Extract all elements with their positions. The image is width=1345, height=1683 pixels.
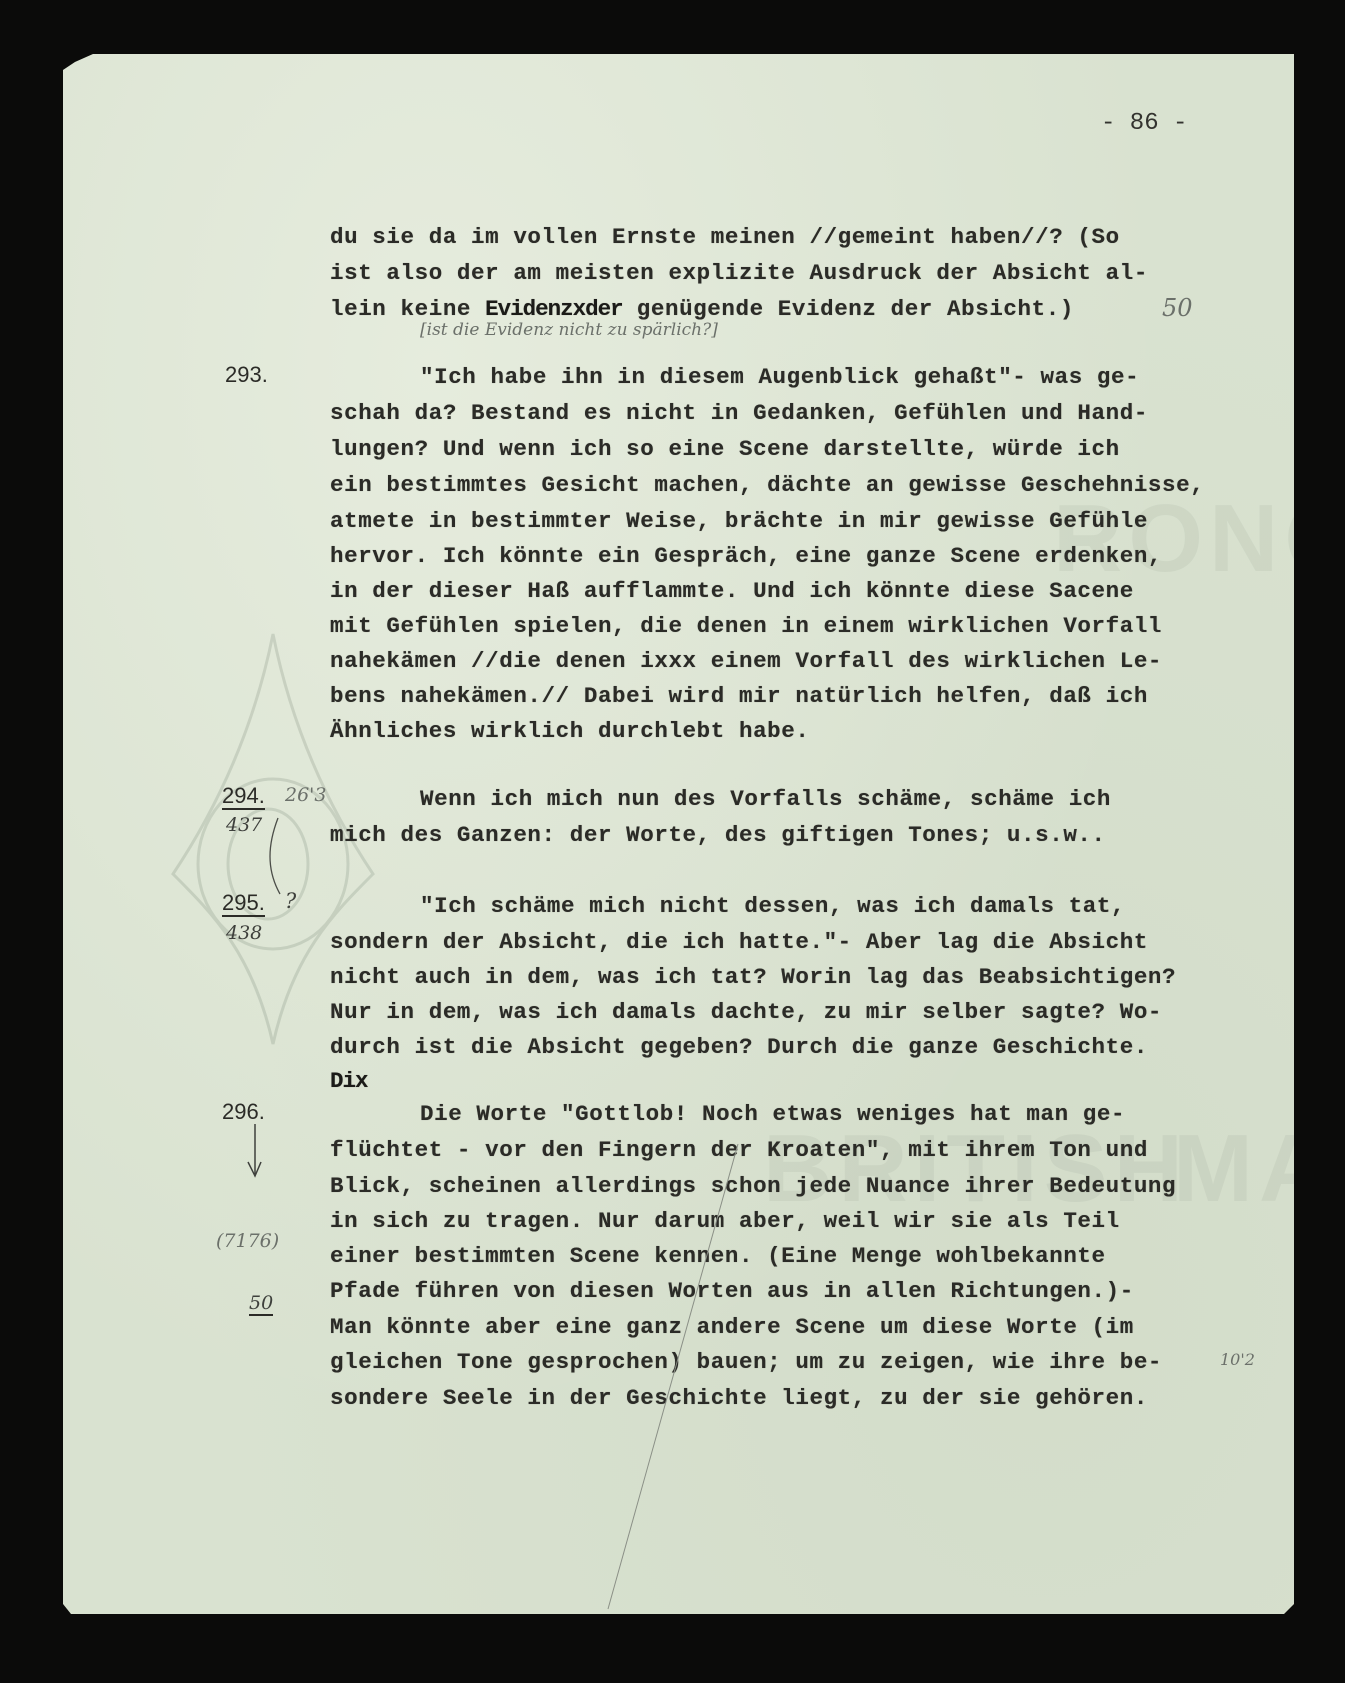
text-line: gleichen Tone gesprochen) bauen; um zu z… [330,1349,1162,1375]
text-line: nahekämen //die denen ixxx einem Vorfall… [330,648,1162,674]
handwritten-note: 50 [249,1292,273,1316]
document-page: RONO BRITISH MAKE - 86 - du sie da im vo… [63,54,1294,1614]
text-line: ist also der am meisten explizite Ausdru… [330,260,1148,286]
text-line: hervor. Ich könnte ein Gespräch, eine ga… [330,543,1162,569]
text-line: Blick, scheinen allerdings schon jede Nu… [330,1173,1176,1199]
handwritten-note: 10'2 [1220,1350,1255,1369]
handwritten-note: 438 [226,922,262,944]
text-line: Ähnliches wirklich durchlebt habe. [330,718,809,744]
text-line: Nur in dem, was ich damals dachte, zu mi… [330,999,1162,1025]
text-line: mit Gefühlen spielen, die denen in einem… [330,613,1162,639]
struck-out-word: Dix [330,1068,368,1094]
text-line: ein bestimmtes Gesicht machen, dächte an… [330,472,1204,498]
text-line: du sie da im vollen Ernste meinen //geme… [330,224,1120,250]
handwritten-note: [ist die Evidenz nicht zu spärlich?] [420,320,718,340]
text-line: nicht auch in dem, was ich tat? Worin la… [330,964,1176,990]
handwritten-note: 437 [226,814,262,836]
down-arrow-icon [243,1122,267,1182]
paragraph-number: 294. [222,784,265,810]
text-span: lein keine [330,296,485,322]
pencil-stroke-icon [603,1144,743,1614]
handwritten-note: (7176) [216,1230,279,1252]
handwritten-note: 26'3 [285,784,327,806]
text-line: Die Worte "Gottlob! Noch etwas weniges h… [420,1101,1125,1127]
text-line: schah da? Bestand es nicht in Gedanken, … [330,400,1148,426]
text-line: "Ich habe ihn in diesem Augenblick gehaß… [420,364,1139,390]
text-line: lungen? Und wenn ich so eine Scene darst… [330,436,1120,462]
text-line: "Ich schäme mich nicht dessen, was ich d… [420,893,1125,919]
handwritten-note: 50 [1162,294,1193,322]
text-line: sondern der Absicht, die ich hatte."- Ab… [330,929,1148,955]
text-line: Wenn ich mich nun des Vorfalls schäme, s… [420,786,1111,812]
page-number: - 86 - [1101,110,1187,137]
paragraph-number: 293. [225,362,268,388]
text-line: in der dieser Haß aufflammte. Und ich kö… [330,578,1134,604]
watermark-text: MAKE [1173,1114,1345,1224]
text-line: durch ist die Absicht gegeben? Durch die… [330,1034,1148,1060]
struck-out-word: Evidenzxder [485,296,623,322]
text-line: bens nahekämen.// Dabei wird mir natürli… [330,683,1148,709]
text-line: atmete in bestimmter Weise, brächte in m… [330,508,1148,534]
text-line: mich des Ganzen: der Worte, des giftigen… [330,822,1106,848]
text-line: lein keine Evidenzxder genügende Evidenz… [330,296,1074,322]
pencil-connector-icon [258,814,298,904]
text-span: genügende Evidenz der Absicht.) [623,296,1074,322]
